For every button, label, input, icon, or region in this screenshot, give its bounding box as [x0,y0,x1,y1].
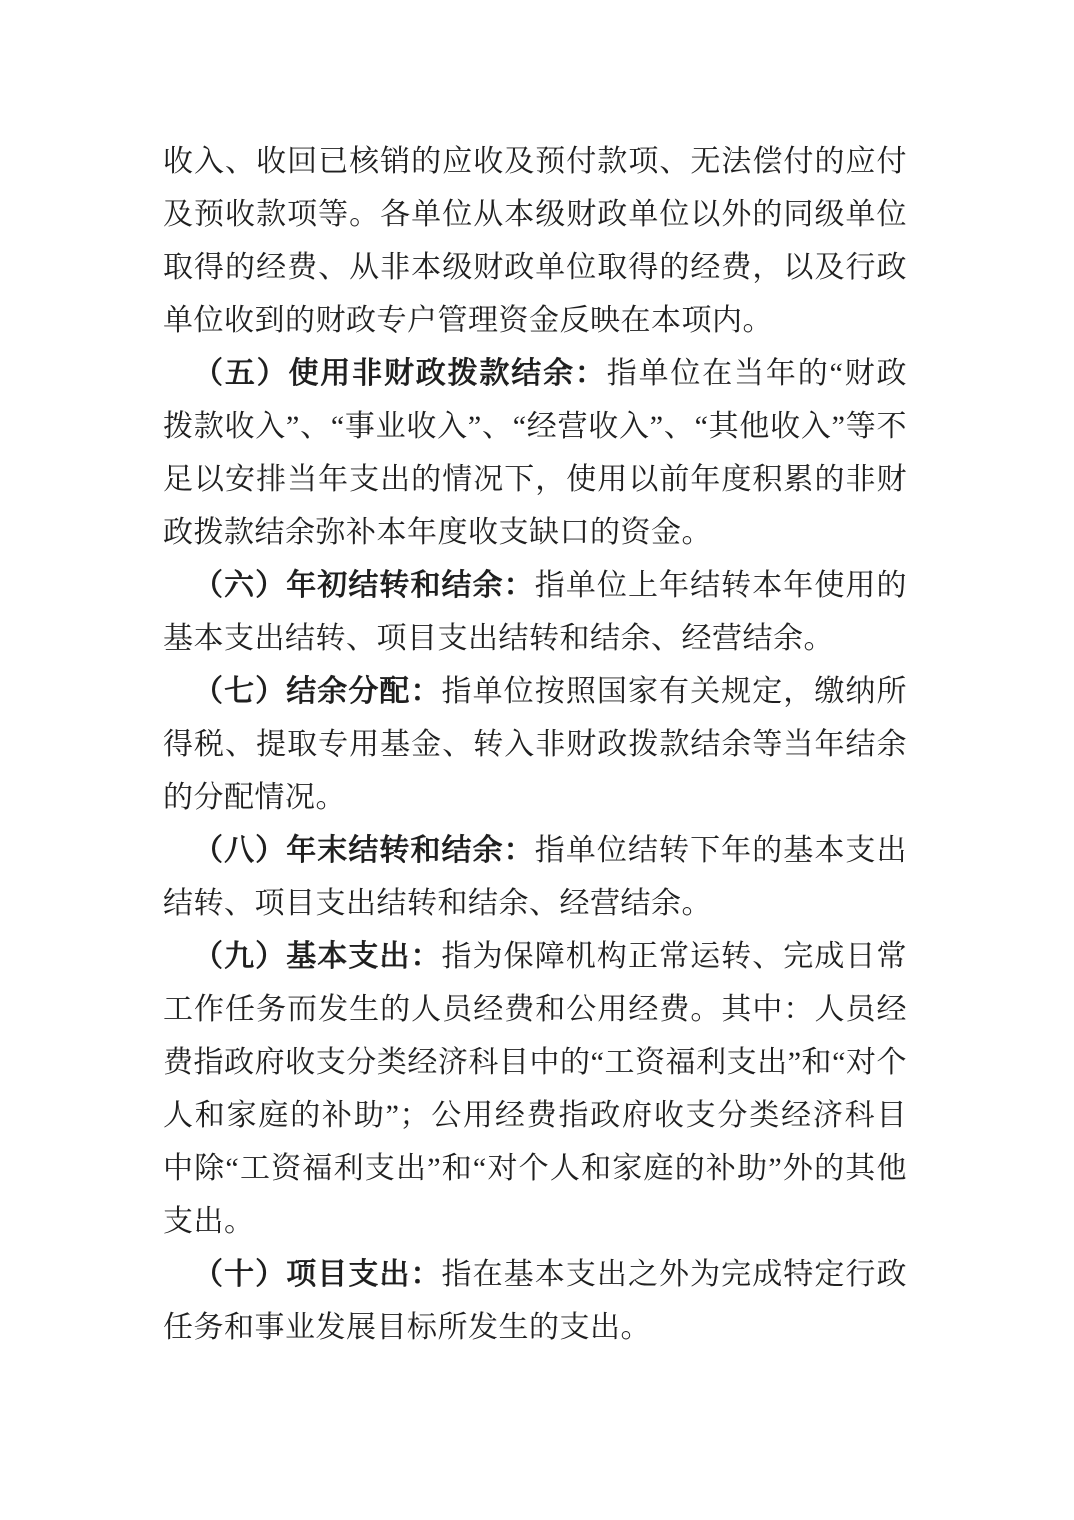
paragraph-term-6: （六）年初结转和结余：指单位上年结转本年使用的基本支出结转、项目支出结转和结余、… [163,559,907,665]
paragraph-term-8: （八）年末结转和结余：指单位结转下年的基本支出结转、项目支出结转和结余、经营结余… [163,824,907,930]
paragraph-text: 指为保障机构正常运转、完成日常工作任务而发生的人员经费和公用经费。其中：人员经费… [163,940,907,1238]
paragraph-continuation: 收入、收回已核销的应收及预付款项、无法偿付的应付及预收款项等。各单位从本级财政单… [163,135,907,347]
paragraph-term-5: （五）使用非财政拨款结余：指单位在当年的“财政拨款收入”、“事业收入”、“经营收… [163,347,907,559]
term-label: （九）基本支出： [193,940,442,973]
paragraph-term-9: （九）基本支出：指为保障机构正常运转、完成日常工作任务而发生的人员经费和公用经费… [163,930,907,1248]
term-label: （五）使用非财政拨款结余： [193,357,607,390]
paragraph-term-10: （十）项目支出：指在基本支出之外为完成特定行政任务和事业发展目标所发生的支出。 [163,1248,907,1354]
document-page: 收入、收回已核销的应收及预付款项、无法偿付的应付及预收款项等。各单位从本级财政单… [0,0,1074,1520]
paragraph-term-7: （七）结余分配：指单位按照国家有关规定，缴纳所得税、提取专用基金、转入非财政拨款… [163,665,907,824]
term-label: （八）年末结转和结余： [193,834,535,867]
term-label: （十）项目支出： [193,1258,442,1291]
paragraph-text: 收入、收回已核销的应收及预付款项、无法偿付的应付及预收款项等。各单位从本级财政单… [163,145,907,337]
document-body: 收入、收回已核销的应收及预付款项、无法偿付的应付及预收款项等。各单位从本级财政单… [163,135,907,1354]
term-label: （七）结余分配： [193,675,442,708]
term-label: （六）年初结转和结余： [193,569,535,602]
